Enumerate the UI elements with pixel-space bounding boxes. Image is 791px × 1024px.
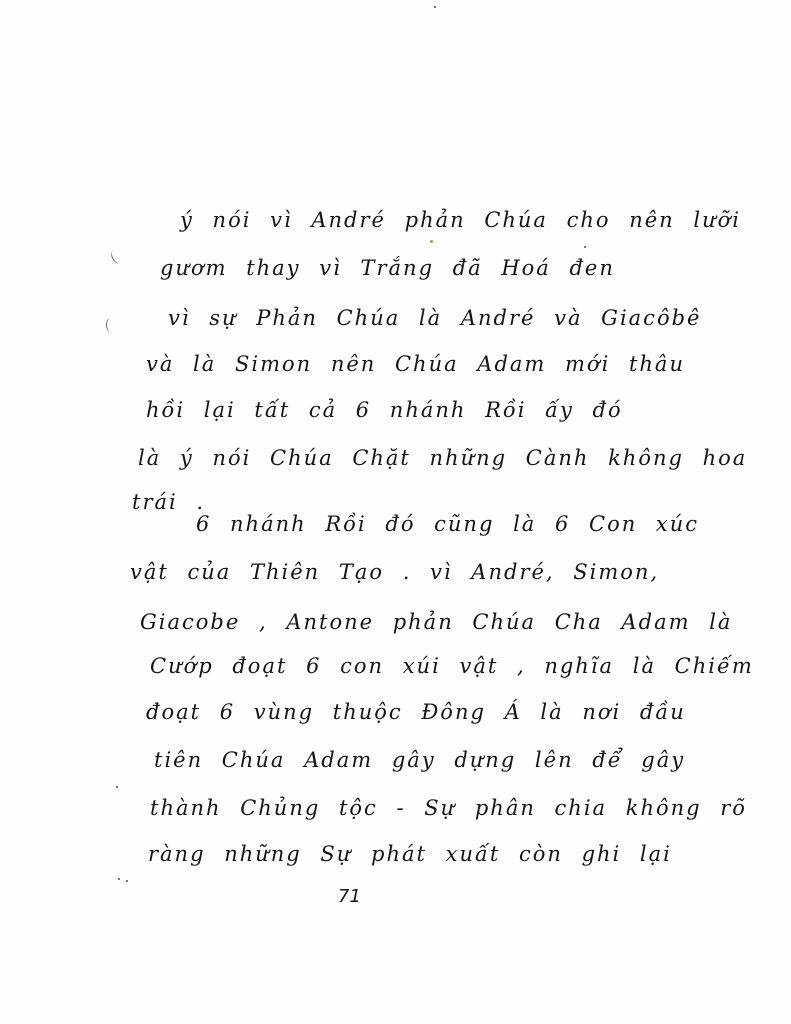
text-line-4: và là Simon nên Chúa Adam mới thâu — [146, 352, 685, 376]
text-line-3: vì sự Phản Chúa là André và Giacôbê — [168, 306, 701, 330]
text-line-6: là ý nói Chúa Chặt những Cành không hoa — [138, 446, 747, 470]
margin-mark — [109, 249, 124, 266]
text-line-11: Cướp đoạt 6 con xúi vật , nghĩa là Chiếm — [150, 654, 754, 678]
text-line-12: đoạt 6 vùng thuộc Đông Á là nơi đầu — [146, 700, 686, 724]
ink-speck — [116, 786, 118, 788]
ink-speck — [118, 878, 120, 880]
ink-speck — [430, 240, 433, 243]
text-line-9: vật của Thiên Tạo . vì André, Simon, — [130, 560, 659, 584]
text-line-13: tiên Chúa Adam gây dựng lên để gây — [154, 748, 685, 772]
text-line-10: Giacobe , Antone phản Chúa Cha Adam là — [140, 610, 732, 634]
text-line-8: 6 nhánh Rồi đó cũng là 6 Con xúc — [196, 512, 699, 536]
ink-speck — [434, 6, 436, 8]
ink-speck — [584, 246, 586, 248]
ink-speck — [126, 880, 128, 882]
text-line-14: thành Chủng tộc - Sự phân chia không rõ — [150, 796, 747, 820]
text-line-1: ý nói vì André phản Chúa cho nên lưỡi — [180, 208, 741, 232]
margin-mark — [106, 318, 115, 332]
text-line-2: gươm thay vì Trắng đã Hoá đen — [160, 256, 615, 280]
handwritten-page: ý nói vì André phản Chúa cho nên lưỡi gư… — [0, 0, 791, 1024]
text-line-5: hồi lại tất cả 6 nhánh Rồi ấy đó — [146, 398, 623, 422]
text-line-7: trái . — [132, 490, 205, 514]
page-number: 71 — [338, 886, 361, 907]
text-line-15: ràng những Sự phát xuất còn ghi lại — [148, 842, 672, 866]
